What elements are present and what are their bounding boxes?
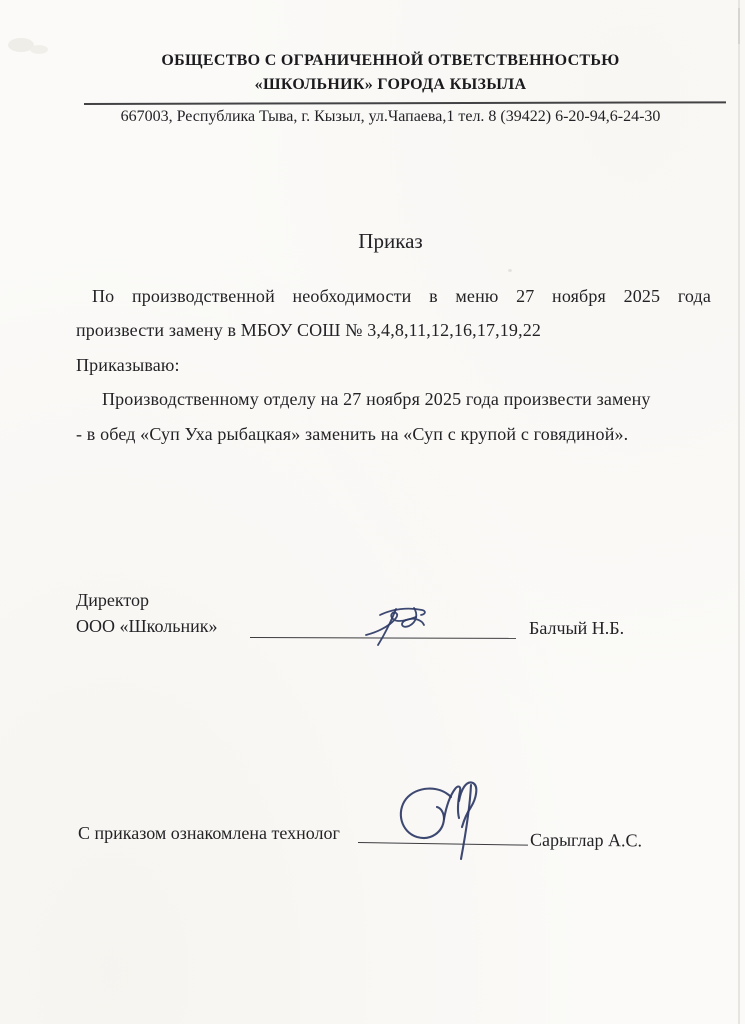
order-paragraph-1-line-2: произвести замену в МБОУ СОШ № 3,4,8,11,… xyxy=(76,313,711,347)
director-role-org: ООО «Школьник» xyxy=(76,614,217,640)
technologist-signature-ink xyxy=(391,777,491,861)
letterhead-rule xyxy=(84,101,726,105)
org-address: 667003, Республика Тыва, г. Кызыл, ул.Ча… xyxy=(56,108,725,126)
director-name: Балчый Н.Б. xyxy=(529,618,624,639)
scan-speck xyxy=(508,269,512,272)
scan-edge-artifact-dark xyxy=(738,8,740,44)
order-paragraph-1-line-1: По производственной необходимости в меню… xyxy=(76,279,711,313)
scan-edge-artifact xyxy=(738,0,740,1024)
director-role-title: Директор xyxy=(76,588,217,614)
org-name-line1: ОБЩЕСТВО С ОГРАНИЧЕННОЙ ОТВЕТСТВЕННОСТЬЮ xyxy=(56,49,725,73)
director-signature-ink xyxy=(360,602,438,650)
director-role-block: Директор ООО «Школьник» xyxy=(76,588,217,639)
order-body: По производственной необходимости в меню… xyxy=(76,279,711,451)
letterhead: ОБЩЕСТВО С ОГРАНИЧЕННОЙ ОТВЕТСТВЕННОСТЬЮ… xyxy=(56,49,725,97)
order-directive-heading: Приказываю: xyxy=(76,348,711,382)
order-directive-line-2: - в обед «Суп Уха рыбацкая» заменить на … xyxy=(76,417,711,451)
scan-smudge xyxy=(30,45,48,54)
org-name-line2: «ШКОЛЬНИК» ГОРОДА КЫЗЫЛА xyxy=(56,73,725,97)
scanned-order-document: ОБЩЕСТВО С ОГРАНИЧЕННОЙ ОТВЕТСТВЕННОСТЬЮ… xyxy=(0,0,745,1024)
order-directive-line-1: Производственному отделу на 27 ноября 20… xyxy=(76,382,711,416)
technologist-name: Сарыглар А.С. xyxy=(530,830,642,852)
acknowledgement-label: С приказом ознакомлена технолог xyxy=(78,823,340,844)
document-title: Приказ xyxy=(56,229,725,254)
